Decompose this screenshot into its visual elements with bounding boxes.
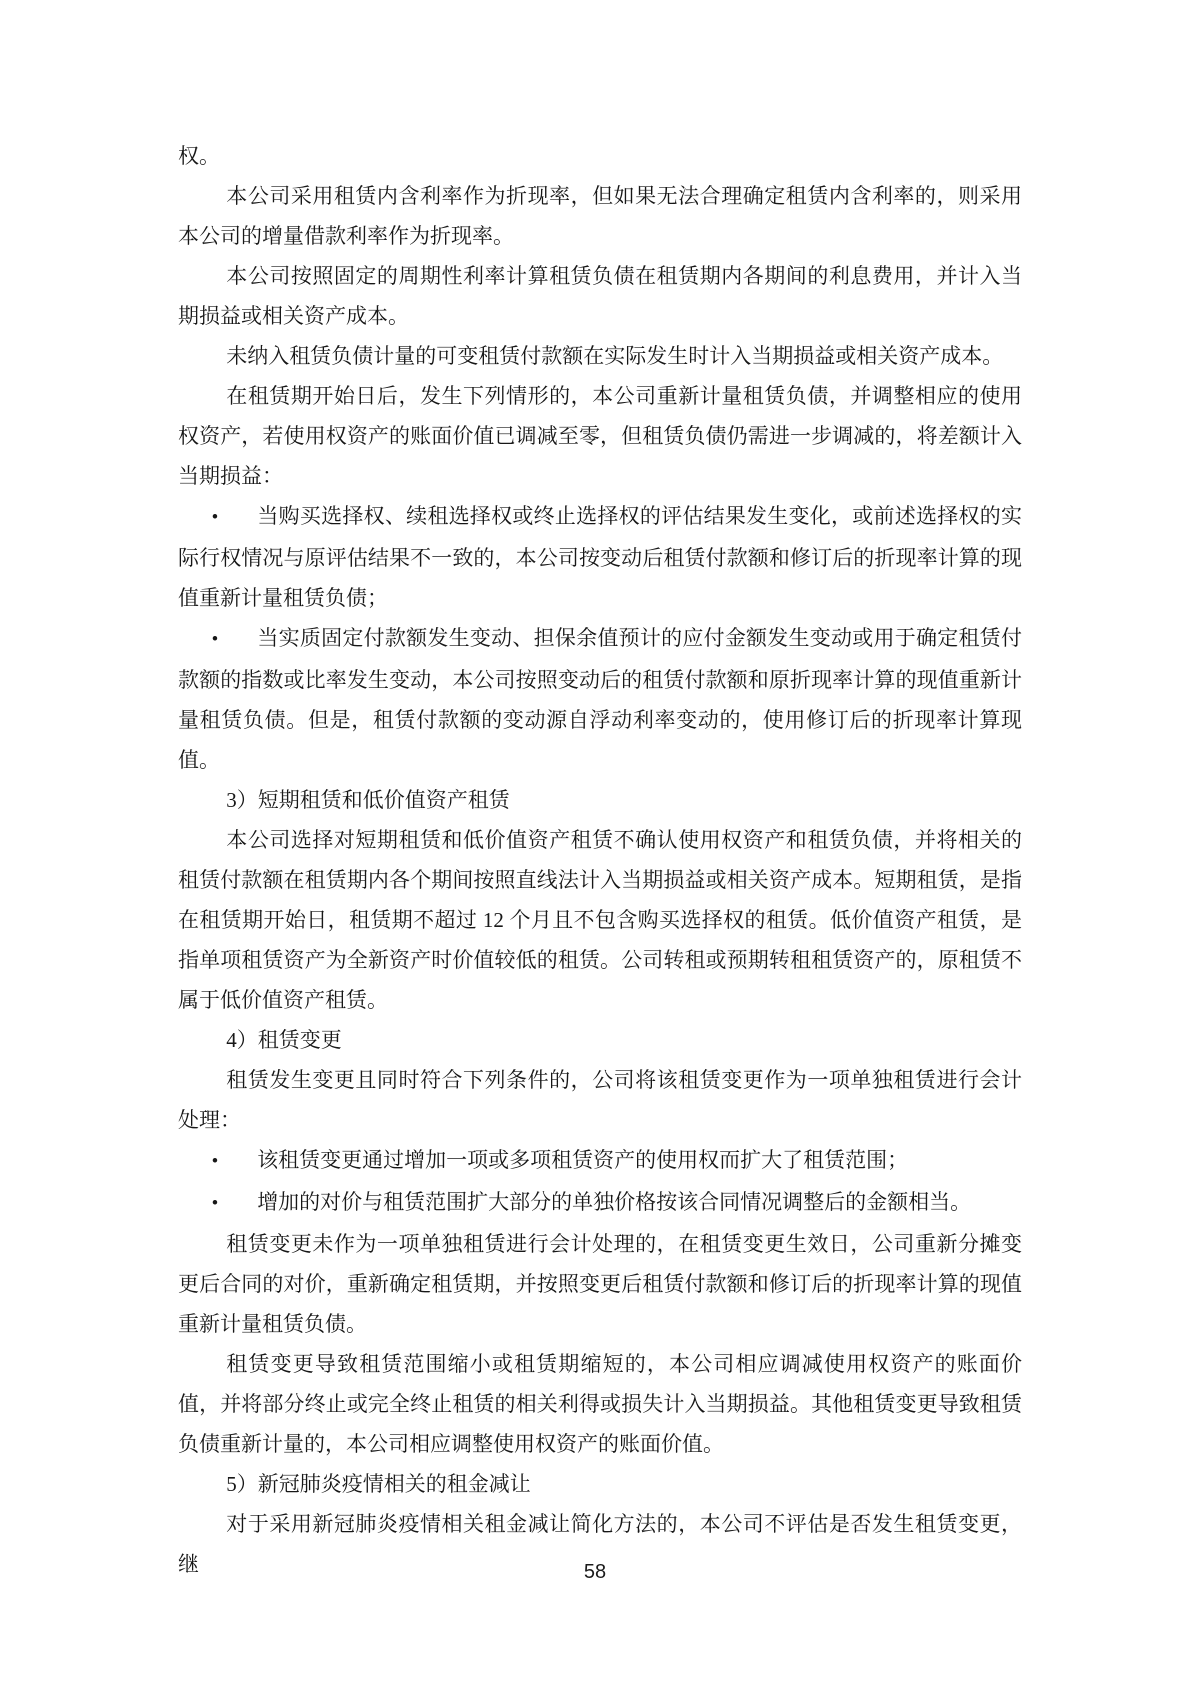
bullet-item: •增加的对价与租赁范围扩大部分的单独价格按该合同情况调整后的金额相当。 bbox=[178, 1182, 1022, 1224]
bullet-text: 增加的对价与租赁范围扩大部分的单独价格按该合同情况调整后的金额相当。 bbox=[257, 1190, 971, 1214]
paragraph: 租赁变更未作为一项单独租赁进行会计处理的，在租赁变更生效日，公司重新分摊变更后合… bbox=[178, 1224, 1022, 1344]
paragraph: 本公司采用租赁内含利率作为折现率，但如果无法合理确定租赁内含利率的，则采用本公司… bbox=[178, 176, 1022, 256]
paragraph-continuation: 权。 bbox=[178, 136, 1022, 176]
paragraph: 租赁发生变更且同时符合下列条件的，公司将该租赁变更作为一项单独租赁进行会计处理： bbox=[178, 1060, 1022, 1140]
document-page: 权。 本公司采用租赁内含利率作为折现率，但如果无法合理确定租赁内含利率的，则采用… bbox=[0, 0, 1190, 1683]
bullet-text: 当实质固定付款额发生变动、担保余值预计的应付金额发生变动或用于确定租赁付款额的指… bbox=[178, 626, 1022, 772]
body-text: 权。 本公司采用租赁内含利率作为折现率，但如果无法合理确定租赁内含利率的，则采用… bbox=[178, 136, 1022, 1584]
paragraph: 本公司选择对短期租赁和低价值资产租赁不确认使用权资产和租赁负债，并将相关的租赁付… bbox=[178, 820, 1022, 1020]
bullet-item: •当实质固定付款额发生变动、担保余值预计的应付金额发生变动或用于确定租赁付款额的… bbox=[178, 618, 1022, 780]
section-heading-short-term-lease: 3）短期租赁和低价值资产租赁 bbox=[178, 780, 1022, 820]
bullet-icon: • bbox=[212, 620, 221, 660]
bullet-item: •该租赁变更通过增加一项或多项租赁资产的使用权而扩大了租赁范围； bbox=[178, 1140, 1022, 1182]
bullet-item: •当购买选择权、续租选择权或终止选择权的评估结果发生变化，或前述选择权的实际行权… bbox=[178, 496, 1022, 618]
page-number: 58 bbox=[0, 1558, 1190, 1586]
bullet-text: 当购买选择权、续租选择权或终止选择权的评估结果发生变化，或前述选择权的实际行权情… bbox=[178, 504, 1022, 610]
paragraph: 在租赁期开始日后，发生下列情形的，本公司重新计量租赁负债，并调整相应的使用权资产… bbox=[178, 376, 1022, 496]
paragraph: 本公司按照固定的周期性利率计算租赁负债在租赁期内各期间的利息费用，并计入当期损益… bbox=[178, 256, 1022, 336]
bullet-icon: • bbox=[212, 1184, 221, 1224]
paragraph: 租赁变更导致租赁范围缩小或租赁期缩短的，本公司相应调减使用权资产的账面价值，并将… bbox=[178, 1344, 1022, 1464]
bullet-icon: • bbox=[212, 1142, 221, 1182]
bullet-text: 该租赁变更通过增加一项或多项租赁资产的使用权而扩大了租赁范围； bbox=[257, 1148, 908, 1172]
section-heading-covid-rent-concession: 5）新冠肺炎疫情相关的租金减让 bbox=[178, 1464, 1022, 1504]
paragraph: 未纳入租赁负债计量的可变租赁付款额在实际发生时计入当期损益或相关资产成本。 bbox=[178, 336, 1022, 376]
bullet-icon: • bbox=[212, 498, 221, 538]
section-heading-lease-modification: 4）租赁变更 bbox=[178, 1020, 1022, 1060]
